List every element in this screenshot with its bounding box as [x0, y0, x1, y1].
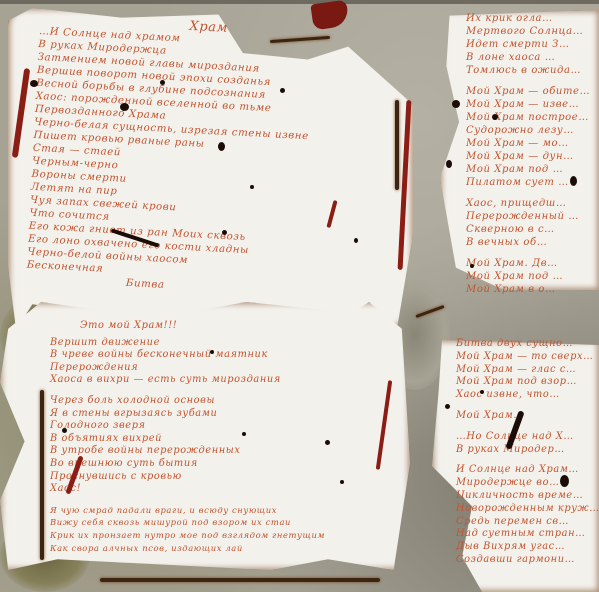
ink-drop — [30, 80, 38, 87]
lyric-line: Новорожденным круж… — [456, 503, 599, 516]
lyric-line: Перерожденный … — [466, 210, 590, 223]
lyrics-block-top-left: Храм …И Солнце над храмом В руках Мироде… — [26, 12, 315, 299]
lyric-line: Дыв Вихрям угас… — [456, 541, 599, 554]
lyric-line: Скверною в с… — [466, 223, 590, 236]
lyric-line: Миродержце во… — [456, 477, 599, 490]
lyric-line: Средь перемен св… — [456, 516, 599, 529]
lyric-line: Во внешнюю суть бытия — [50, 458, 325, 471]
lyric-line: Мой Храм — обите… — [466, 85, 590, 98]
scan-top-edge — [0, 0, 599, 4]
lyric-line: Хаос, прищедш… — [466, 197, 590, 210]
lyric-line: Голодного зверя — [50, 420, 325, 433]
lyric-line: Создавши гармони… — [456, 554, 599, 567]
ink-drop — [452, 100, 460, 108]
lyric-line: Битва двух сущно… — [456, 338, 599, 351]
lyric-line: Мой Храм под … — [466, 270, 590, 283]
lyric-line: В объятиях вихрей — [50, 433, 325, 446]
lyric-line: В руках Миродер… — [456, 444, 599, 457]
lyric-line: В лоне хаоса … — [466, 51, 590, 64]
lyric-line: Над суетным стран… — [456, 528, 599, 541]
lyric-line: Вижу себя сквозь мишурой под взором их с… — [50, 516, 325, 529]
lyric-line: Хаос! — [50, 483, 325, 496]
lyric-line: Мертвого Солнца… — [466, 25, 590, 38]
lyric-line: Мой Храм в о… — [466, 283, 590, 296]
ink-drop — [160, 80, 165, 85]
lyric-line: Идет смерти З… — [466, 38, 590, 51]
lyric-line: Мой Храм. Дв… — [466, 257, 590, 270]
burnt-edge — [40, 390, 44, 560]
ink-drop — [120, 103, 129, 111]
chorus-title: Это мой Храм!!! — [80, 320, 325, 333]
lyric-line: Я в стены вгрызаясь зубами — [50, 408, 325, 421]
ink-drop — [218, 142, 225, 151]
ink-drop — [560, 475, 569, 487]
ink-drop — [354, 238, 358, 243]
lyric-line: Мой Храм — то сверх… — [456, 351, 599, 364]
lyric-line: Через боль холодной основы — [50, 395, 325, 408]
lyric-line: Мой Храм — мо… — [466, 137, 590, 150]
lyric-line: Крик их пронзает нутро мое под взглядом … — [50, 529, 325, 542]
ink-drop — [480, 390, 484, 394]
lyric-line: Мой Храм… — [456, 410, 599, 423]
lyric-line: Как свора алчных псов, издающих лай — [50, 542, 325, 555]
lyric-line: Вершит движение — [50, 337, 325, 350]
ink-drop — [570, 176, 577, 186]
ink-drop — [492, 114, 498, 120]
ink-drop — [280, 88, 285, 93]
lyric-line: Цикличность време… — [456, 490, 599, 503]
ink-drop — [210, 350, 214, 354]
lyric-line: Мой Храм под … — [466, 163, 590, 176]
lyric-line: Мой Храм — дун… — [466, 150, 590, 163]
lyric-line: …Но Солнце над Х… — [456, 431, 599, 444]
lyric-line: Проснувшись с кровью — [50, 471, 325, 484]
lyric-line: Я чую смрад падали враги, и всюду снующи… — [50, 504, 325, 517]
burnt-edge — [395, 100, 399, 190]
lyric-line: Хаоса в вихри — есть суть мироздания — [50, 374, 325, 387]
lyric-line: Мой Храм под взор… — [456, 376, 599, 389]
lyric-line: Их крик огла… — [466, 12, 590, 25]
lyrics-block-bottom-right: Битва двух сущно… Мой Храм — то сверх… М… — [456, 338, 599, 567]
ink-drop — [445, 404, 450, 409]
lyric-line: Томлюсь в ожида… — [466, 64, 590, 77]
ink-drop — [340, 480, 344, 484]
lyric-line: Судорожно лезу… — [466, 124, 590, 137]
ink-drop — [470, 264, 474, 268]
ink-drop — [325, 440, 330, 445]
lyrics-block-bottom-left: Это мой Храм!!! Вершит движение В чреве … — [50, 320, 325, 554]
burnt-edge — [100, 578, 380, 582]
lyric-line: Мой Храм — глас с… — [456, 364, 599, 377]
lyric-line: В чреве войны бесконечный маятник — [50, 349, 325, 362]
ink-drop — [446, 160, 452, 168]
lyric-line: Мой Храм — изве… — [466, 98, 590, 111]
ink-drop — [250, 185, 254, 189]
lyric-line: В утробе войны перерожденных — [50, 445, 325, 458]
lyric-line: И Солнце над Храм… — [456, 464, 599, 477]
ink-drop — [222, 230, 227, 235]
ink-drop — [242, 432, 246, 436]
lyric-line: Хаос извне, что… — [456, 389, 599, 402]
lyric-line: Перерождения — [50, 362, 325, 375]
lyrics-block-top-right: Их крик огла… Мертвого Солнца… Идет смер… — [466, 12, 590, 296]
ink-drop — [62, 428, 67, 433]
lyric-line: Мой Храм построе… — [466, 111, 590, 124]
lyric-line: В вечных об… — [466, 236, 590, 249]
